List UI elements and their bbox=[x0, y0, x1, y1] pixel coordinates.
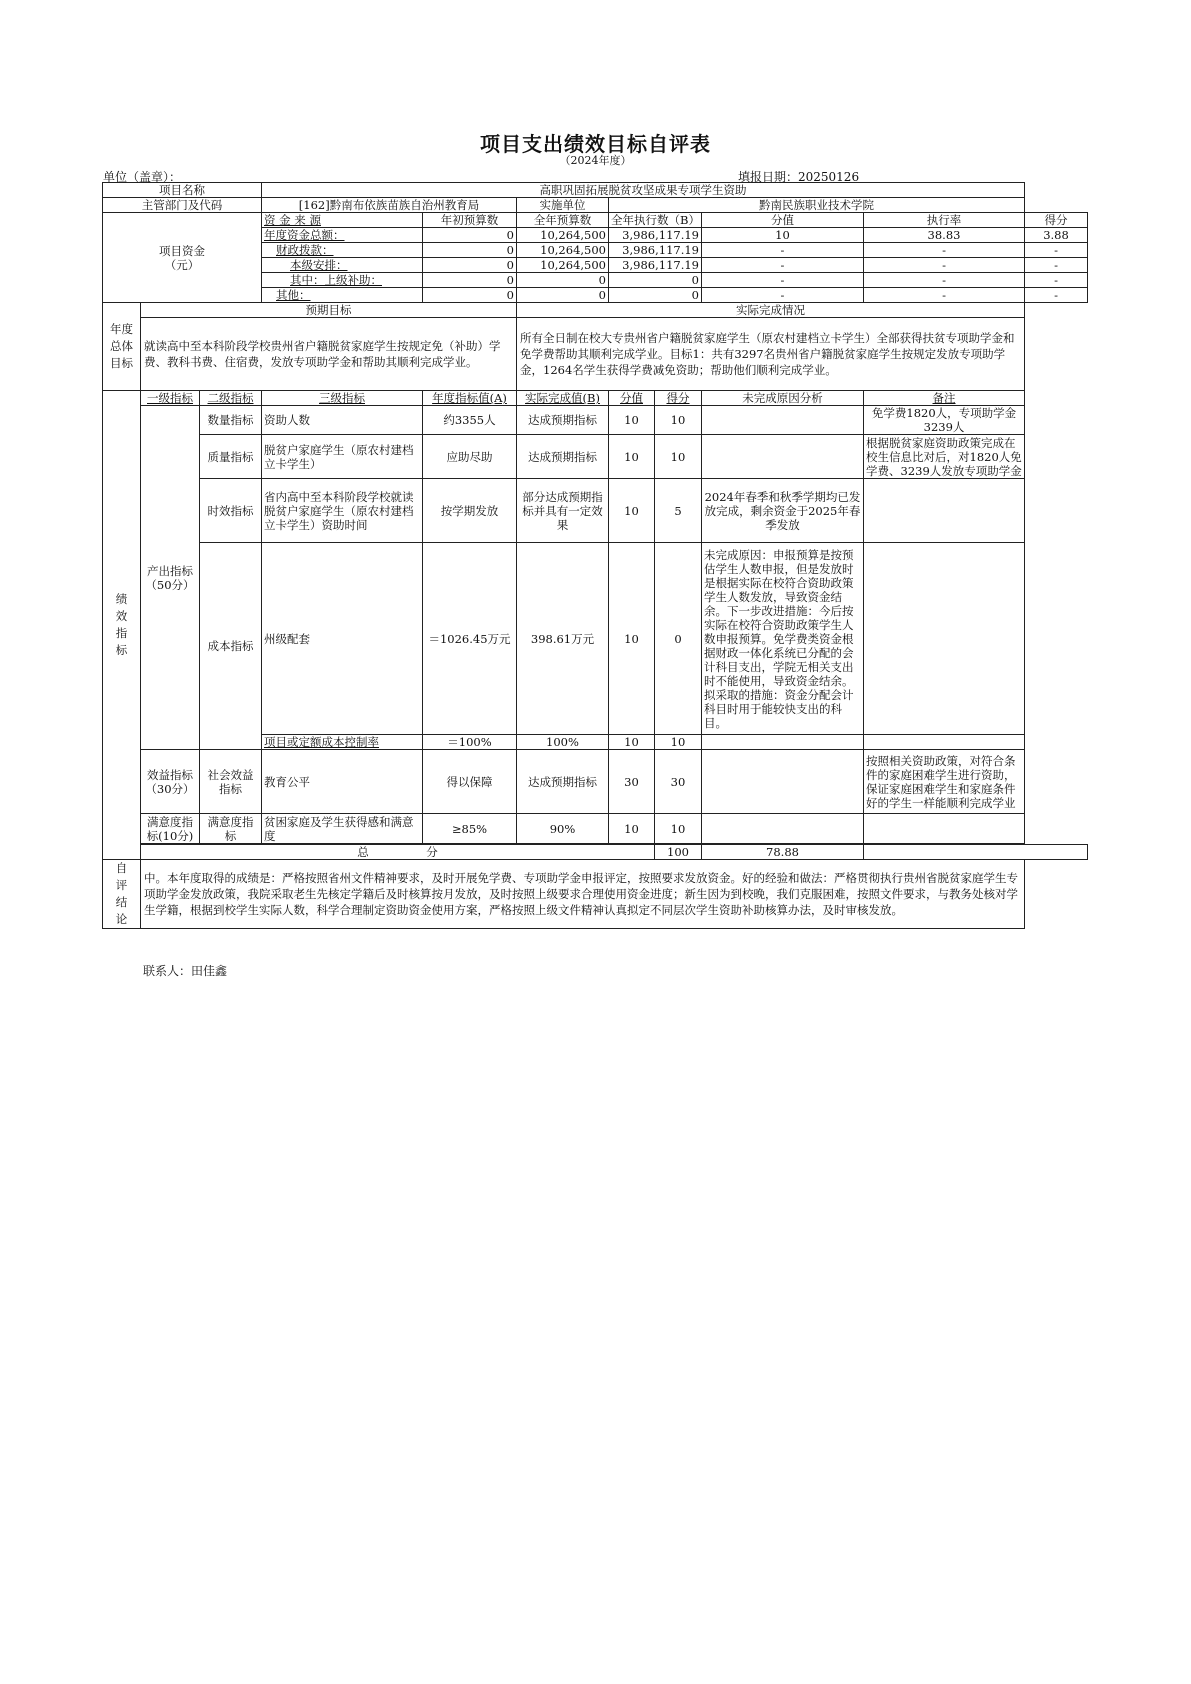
score: 5 bbox=[655, 479, 702, 543]
weight: 30 bbox=[609, 750, 655, 814]
implementing-unit-label: 实施单位 bbox=[517, 198, 609, 213]
indicators-header-row: 绩效指标 一级指标 二级指标 三级指标 年度指标值(A) 实际完成值(B) 分值… bbox=[103, 391, 1088, 406]
funds-header-row: 项目资金 （元） 资 金 来 源 年初预算数 全年预算数 全年执行数（B） 分值… bbox=[103, 213, 1088, 228]
target-value: 约3355人 bbox=[423, 406, 517, 435]
fund-executed: 3,986,117.19 bbox=[609, 228, 702, 243]
fund-executed: 3,986,117.19 bbox=[609, 243, 702, 258]
indicator-row: 产出指标（50分） 数量指标 资助人数 约3355人 达成预期指标 10 10 … bbox=[103, 406, 1088, 435]
fund-initial: 0 bbox=[423, 258, 517, 273]
fund-initial: 0 bbox=[423, 273, 517, 288]
fund-executed: 0 bbox=[609, 288, 702, 303]
fund-weight: - bbox=[702, 243, 864, 258]
self-evaluation-table: 项目名称 高职巩固拓展脱贫攻坚成果专项学生资助 主管部门及代码 [162]黔南布… bbox=[102, 182, 1088, 929]
actual-value: 达成预期指标 bbox=[517, 406, 609, 435]
reason: 2024年春季和秋季学期均已发放完成，剩余资金于2025年春季发放 bbox=[702, 479, 864, 543]
score: 0 bbox=[655, 543, 702, 735]
fund-executed: 0 bbox=[609, 273, 702, 288]
note: 按照相关资助政策，对符合条件的家庭困难学生进行资助，保证家庭困难学生和家庭条件好… bbox=[864, 750, 1025, 814]
actual-value: 达成预期指标 bbox=[517, 435, 609, 479]
annual-goals-label: 年度总体目标 bbox=[103, 303, 141, 391]
fund-initial: 0 bbox=[423, 243, 517, 258]
reason bbox=[702, 735, 864, 750]
fund-annual: 0 bbox=[517, 273, 609, 288]
fund-source: 其中：上级补助： bbox=[262, 273, 423, 288]
expected-goal-text: 就读高中至本科阶段学校贵州省户籍脱贫家庭学生按规定免（补助）学费、教科书费、住宿… bbox=[141, 318, 517, 391]
indicator-row: 质量指标 脱贫户家庭学生（原农村建档立卡学生） 应助尽助 达成预期指标 10 1… bbox=[103, 435, 1088, 479]
reason bbox=[702, 406, 864, 435]
funds-col-rate: 执行率 bbox=[864, 213, 1025, 228]
fund-score: - bbox=[1025, 288, 1088, 303]
col-actual: 实际完成值(B) bbox=[517, 391, 609, 406]
indicator-row: 时效指标 省内高中至本科阶段学校就读脱贫户家庭学生（原农村建档立卡学生）资助时间… bbox=[103, 479, 1088, 543]
level2: 质量指标 bbox=[200, 435, 262, 479]
actual-value: 100% bbox=[517, 735, 609, 750]
fund-weight: - bbox=[702, 273, 864, 288]
reason bbox=[702, 435, 864, 479]
contact-person: 联系人：田佳鑫 bbox=[143, 962, 227, 979]
funds-col-source: 资 金 来 源 bbox=[262, 213, 423, 228]
fund-rate: - bbox=[864, 288, 1025, 303]
col-weight: 分值 bbox=[609, 391, 655, 406]
fund-rate: - bbox=[864, 258, 1025, 273]
target-value: ＝1026.45万元 bbox=[423, 543, 517, 735]
implementing-unit-value: 黔南民族职业技术学院 bbox=[609, 198, 1025, 213]
fund-weight: - bbox=[702, 258, 864, 273]
fund-source: 年度资金总额： bbox=[262, 228, 423, 243]
level3: 资助人数 bbox=[262, 406, 423, 435]
actual-completion-header: 实际完成情况 bbox=[517, 303, 1025, 318]
level3: 项目或定额成本控制率 bbox=[262, 735, 423, 750]
conclusion-text: 中。本年度取得的成绩是：严格按照省州文件精神要求，及时开展免学费、专项助学金申报… bbox=[141, 860, 1025, 929]
score: 10 bbox=[655, 814, 702, 844]
col-level2: 二级指标 bbox=[200, 391, 262, 406]
actual-value: 398.61万元 bbox=[517, 543, 609, 735]
funds-col-weight: 分值 bbox=[702, 213, 864, 228]
total-label: 总 分 bbox=[141, 845, 655, 860]
department-value: [162]黔南布依族苗族自治州教育局 bbox=[262, 198, 517, 213]
target-value: 得以保障 bbox=[423, 750, 517, 814]
total-weight: 100 bbox=[655, 845, 702, 860]
target-value: ＝100% bbox=[423, 735, 517, 750]
funds-section-label: 项目资金 （元） bbox=[103, 213, 262, 303]
level1-satisfaction: 满意度指标(10分) bbox=[141, 814, 200, 844]
weight: 10 bbox=[609, 406, 655, 435]
weight: 10 bbox=[609, 735, 655, 750]
goals-header-row: 年度总体目标 预期目标 实际完成情况 bbox=[103, 303, 1088, 318]
fund-score: 3.88 bbox=[1025, 228, 1088, 243]
actual-value: 90% bbox=[517, 814, 609, 844]
funds-col-executed: 全年执行数（B） bbox=[609, 213, 702, 228]
project-name-row: 项目名称 高职巩固拓展脱贫攻坚成果专项学生资助 bbox=[103, 183, 1088, 198]
col-level1: 一级指标 bbox=[141, 391, 200, 406]
goals-content-row: 就读高中至本科阶段学校贵州省户籍脱贫家庭学生按规定免（补助）学费、教科书费、住宿… bbox=[103, 318, 1088, 391]
fund-annual: 0 bbox=[517, 288, 609, 303]
note: 免学费1820人，专项助学金3239人 bbox=[864, 406, 1025, 435]
level3: 省内高中至本科阶段学校就读脱贫户家庭学生（原农村建档立卡学生）资助时间 bbox=[262, 479, 423, 543]
fund-rate: - bbox=[864, 273, 1025, 288]
conclusion-row: 自评结论 中。本年度取得的成绩是：严格按照省州文件精神要求，及时开展免学费、专项… bbox=[103, 860, 1088, 929]
total-score: 78.88 bbox=[702, 845, 864, 860]
conclusion-label: 自评结论 bbox=[103, 860, 141, 929]
total-row: 总 分 100 78.88 bbox=[103, 845, 1088, 860]
fund-annual: 10,264,500 bbox=[517, 258, 609, 273]
target-value: 按学期发放 bbox=[423, 479, 517, 543]
fund-source: 本级安排： bbox=[262, 258, 423, 273]
expected-goal-header: 预期目标 bbox=[141, 303, 517, 318]
col-target: 年度指标值(A) bbox=[423, 391, 517, 406]
col-level3: 三级指标 bbox=[262, 391, 423, 406]
project-name-value: 高职巩固拓展脱贫攻坚成果专项学生资助 bbox=[262, 183, 1025, 198]
score: 10 bbox=[655, 735, 702, 750]
level2: 满意度指标 bbox=[200, 814, 262, 844]
level1-benefit: 效益指标（30分） bbox=[141, 750, 200, 814]
fund-annual: 10,264,500 bbox=[517, 243, 609, 258]
note bbox=[864, 735, 1025, 750]
reason bbox=[702, 814, 864, 844]
col-reason: 未完成原因分析 bbox=[702, 391, 864, 406]
actual-value: 部分达成预期指标并具有一定效果 bbox=[517, 479, 609, 543]
fund-score: - bbox=[1025, 243, 1088, 258]
funds-col-score: 得分 bbox=[1025, 213, 1088, 228]
total-blank bbox=[864, 845, 1088, 860]
funds-col-annual: 全年预算数 bbox=[517, 213, 609, 228]
report-year: （2024年度） bbox=[0, 152, 1191, 168]
department-label: 主管部门及代码 bbox=[103, 198, 262, 213]
reason: 未完成原因：申报预算是按预估学生人数申报，但是发放时是根据实际在校符合资助政策学… bbox=[702, 543, 864, 735]
fund-initial: 0 bbox=[423, 288, 517, 303]
fund-executed: 3,986,117.19 bbox=[609, 258, 702, 273]
level2: 成本指标 bbox=[200, 543, 262, 750]
note bbox=[864, 814, 1025, 844]
note: 根据脱贫家庭资助政策完成在校生信息比对后，对1820人免学费、3239人发放专项… bbox=[864, 435, 1025, 479]
fund-weight: 10 bbox=[702, 228, 864, 243]
note bbox=[864, 479, 1025, 543]
funds-label: 项目资金 bbox=[105, 244, 259, 258]
level3: 州级配套 bbox=[262, 543, 423, 735]
department-row: 主管部门及代码 [162]黔南布依族苗族自治州教育局 实施单位 黔南民族职业技术… bbox=[103, 198, 1088, 213]
target-value: ≥85% bbox=[423, 814, 517, 844]
level1-output: 产出指标（50分） bbox=[141, 406, 200, 750]
level3: 贫困家庭及学生获得感和满意度 bbox=[262, 814, 423, 844]
funds-unit: （元） bbox=[105, 258, 259, 272]
indicators-section-label: 绩效指标 bbox=[103, 391, 141, 860]
target-value: 应助尽助 bbox=[423, 435, 517, 479]
fund-source: 其他： bbox=[262, 288, 423, 303]
fund-weight: - bbox=[702, 288, 864, 303]
actual-value: 达成预期指标 bbox=[517, 750, 609, 814]
weight: 10 bbox=[609, 814, 655, 844]
indicator-row: 成本指标 州级配套 ＝1026.45万元 398.61万元 10 0 未完成原因… bbox=[103, 543, 1088, 735]
level2: 数量指标 bbox=[200, 406, 262, 435]
fund-score: - bbox=[1025, 258, 1088, 273]
actual-completion-text: 所有全日制在校大专贵州省户籍脱贫家庭学生（原农村建档立卡学生）全部获得扶贫专项助… bbox=[517, 318, 1025, 391]
fund-rate: - bbox=[864, 243, 1025, 258]
weight: 10 bbox=[609, 543, 655, 735]
weight: 10 bbox=[609, 435, 655, 479]
col-score: 得分 bbox=[655, 391, 702, 406]
level2: 时效指标 bbox=[200, 479, 262, 543]
level3: 脱贫户家庭学生（原农村建档立卡学生） bbox=[262, 435, 423, 479]
fund-source: 财政拨款： bbox=[262, 243, 423, 258]
fund-score: - bbox=[1025, 273, 1088, 288]
level2: 社会效益指标 bbox=[200, 750, 262, 814]
note bbox=[864, 543, 1025, 735]
fund-annual: 10,264,500 bbox=[517, 228, 609, 243]
reason bbox=[702, 750, 864, 814]
col-note: 备注 bbox=[864, 391, 1025, 406]
fund-rate: 38.83 bbox=[864, 228, 1025, 243]
score: 10 bbox=[655, 435, 702, 479]
project-name-label: 项目名称 bbox=[103, 183, 262, 198]
indicator-row: 满意度指标(10分) 满意度指标 贫困家庭及学生获得感和满意度 ≥85% 90%… bbox=[103, 814, 1088, 844]
level3: 教育公平 bbox=[262, 750, 423, 814]
weight: 10 bbox=[609, 479, 655, 543]
funds-col-initial: 年初预算数 bbox=[423, 213, 517, 228]
fund-initial: 0 bbox=[423, 228, 517, 243]
score: 10 bbox=[655, 406, 702, 435]
score: 30 bbox=[655, 750, 702, 814]
indicator-row: 效益指标（30分） 社会效益指标 教育公平 得以保障 达成预期指标 30 30 … bbox=[103, 750, 1088, 814]
